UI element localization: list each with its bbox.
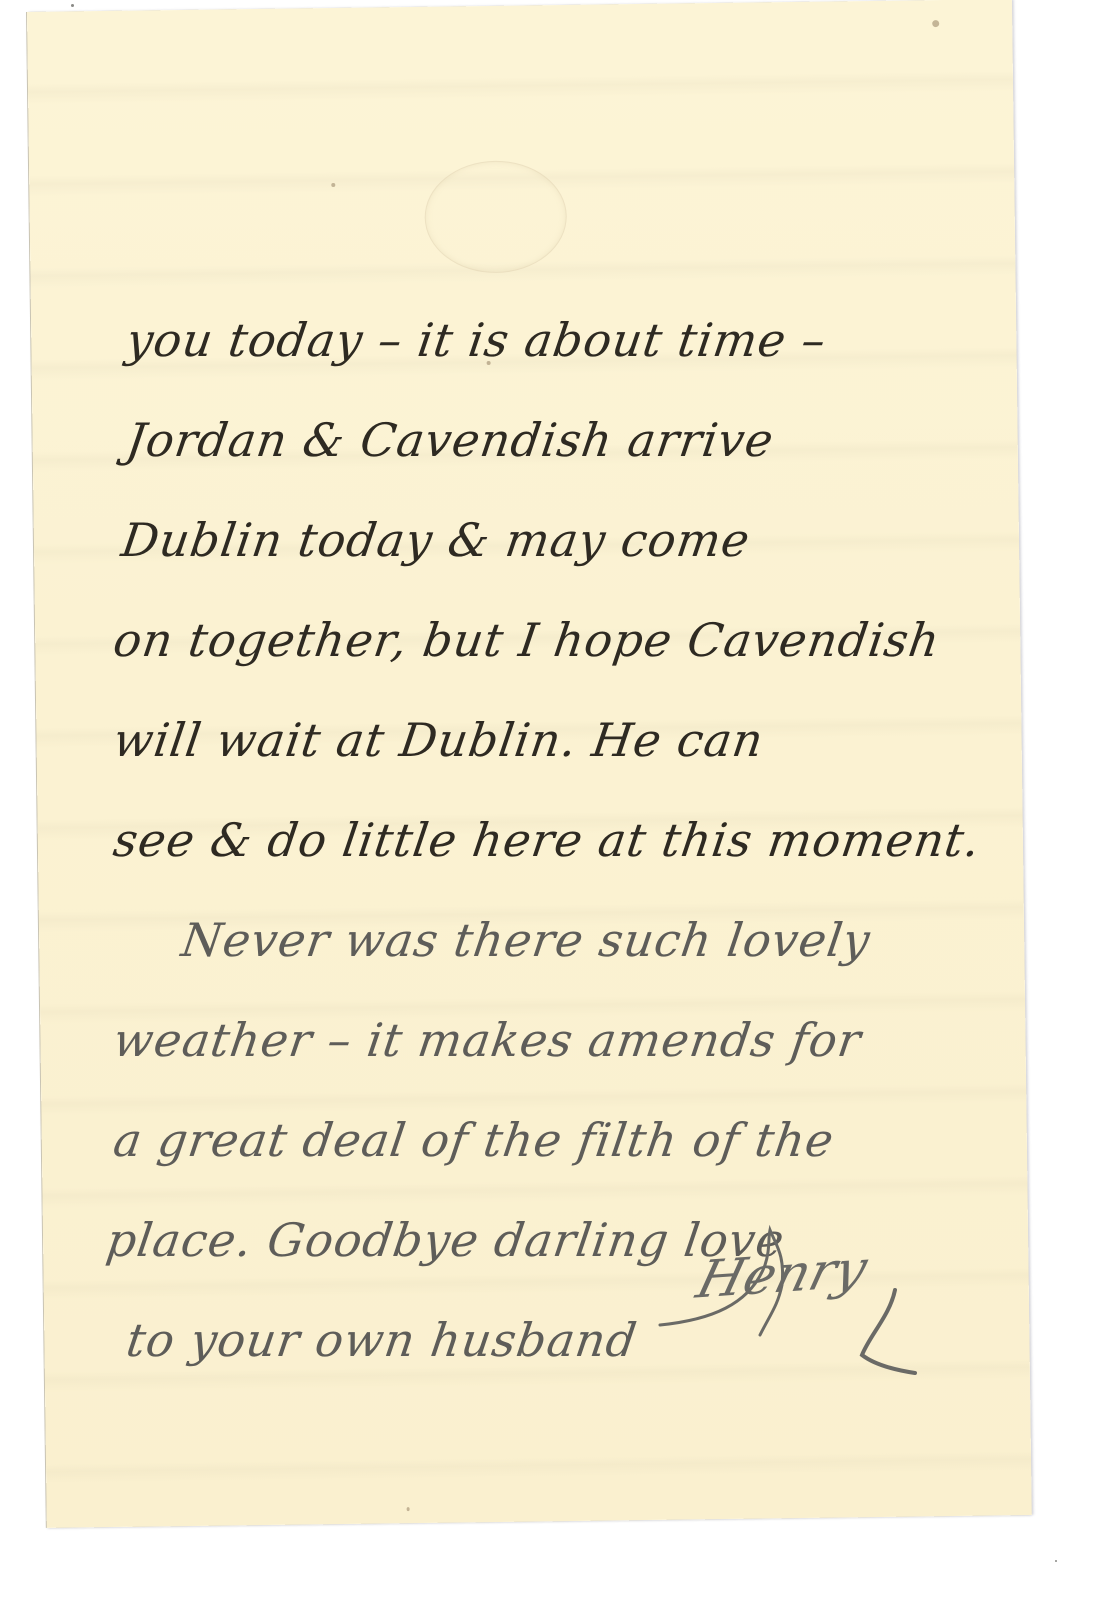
letter-line: weather – it makes amends for	[95, 990, 969, 1090]
letter-line: on together, but I hope Cavendish	[95, 590, 969, 690]
letter-line: see & do little here at this moment.	[95, 790, 969, 890]
foxing-spot	[331, 183, 335, 187]
letter-line: Never was there such lovely	[95, 890, 969, 990]
letter-line: Dublin today & may come	[95, 490, 969, 590]
foxing-spot	[932, 20, 939, 27]
letter-line: will wait at Dublin. He can	[95, 690, 969, 790]
signature: Henry	[691, 1239, 873, 1310]
embossed-seal	[424, 160, 567, 274]
letter-line: a great deal of the filth of the	[95, 1090, 969, 1190]
scan-speck	[71, 4, 74, 7]
letter-line: Jordan & Cavendish arrive	[95, 390, 969, 490]
letter-line: you today – it is about time –	[95, 290, 969, 390]
foxing-spot	[407, 1507, 410, 1511]
scan-speck	[1055, 1560, 1057, 1562]
